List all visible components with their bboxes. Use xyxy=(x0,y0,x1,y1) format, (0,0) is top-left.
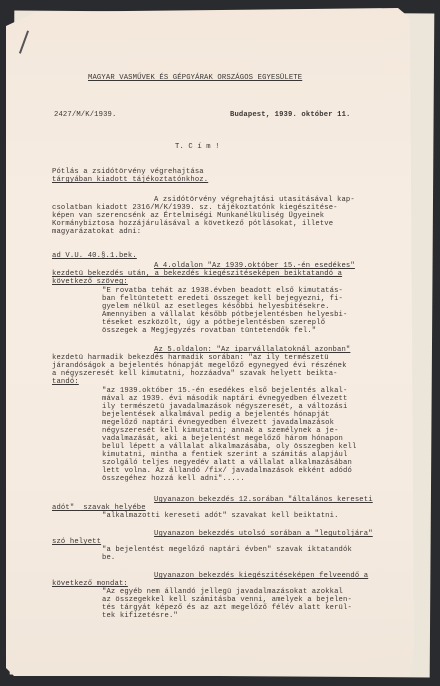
quote-line: "alkalmazotti kereseti adót" szavakat ke… xyxy=(102,512,339,520)
document-text: MAGYAR VASMŰVEK ÉS GÉPGYÁRAK ORSZÁGOS EG… xyxy=(0,0,440,686)
quote-line: összegéhez hozzá kell adni"..... xyxy=(102,475,245,483)
quote-line: összegek a Megjegyzés rovatban tüntetend… xyxy=(102,327,316,335)
quote-line: be. xyxy=(102,554,115,562)
reference-number: 2427/M/K/1939. xyxy=(54,111,117,119)
section-heading: ad V.U. 40.§.1.bek. xyxy=(52,252,137,260)
salutation: T. C í m ! xyxy=(175,143,220,151)
quote-line: "a bejelentést megelőző naptári évben" s… xyxy=(102,546,352,554)
subject-line-2: tárgyában kiadott tájékoztatónkhoz. xyxy=(52,176,208,184)
letterhead: MAGYAR VASMŰVEK ÉS GÉPGYÁRAK ORSZÁGOS EG… xyxy=(88,74,302,82)
instruction-line: Ugyanazon bekezdés kiegészitéseképen fel… xyxy=(154,572,368,580)
instruction-line: tandó: xyxy=(52,378,79,386)
quote-line: tek kifizetésre." xyxy=(102,612,178,620)
instruction-line: a négyszeresét kell kimutatni, hozzáadva… xyxy=(52,370,338,378)
instruction-line: Ugyanazon bekezdés 12.sorában "általános… xyxy=(154,496,373,504)
instruction-line: Ugyanazon bekezdés utolsó sorában a "leg… xyxy=(154,530,373,538)
place-date: Budapest, 1939. október 11. xyxy=(230,111,351,119)
instruction-line: következő szöveg: xyxy=(52,278,128,286)
intro-line: magyarázatokat adni: xyxy=(52,228,141,236)
instruction-line: szó helyett xyxy=(52,538,101,546)
